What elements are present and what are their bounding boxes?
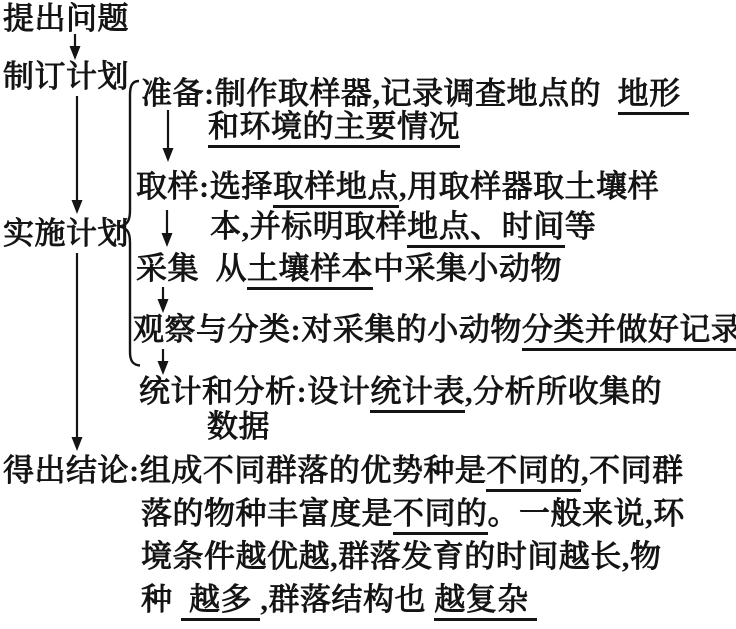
step-prepare-line2: 和环境的主要情况 bbox=[208, 110, 460, 144]
down-arrow-icon bbox=[70, 34, 81, 60]
text-segment: 中采集小动物 bbox=[373, 251, 562, 286]
underlined-blank-text: 和环境的主要情况 bbox=[208, 109, 460, 148]
text-segment: ,用取样器取土壤样 bbox=[399, 169, 659, 204]
text-segment: 等 bbox=[565, 209, 597, 244]
underlined-blank-text: 取样地点 bbox=[273, 169, 399, 208]
down-arrow-icon bbox=[72, 253, 83, 451]
flow-node-make-plan: 制订计划 bbox=[3, 60, 129, 94]
text-segment: ,群落结构也 bbox=[260, 582, 434, 617]
conclusion-line2: 落的物种丰富度是不同的。一般来说,环 bbox=[141, 497, 685, 531]
text-segment: 取样:选择 bbox=[136, 169, 273, 204]
underlined-blank-text: 越复杂 bbox=[434, 582, 537, 621]
text-segment: 准备:制作取样器,记录调查地点的 bbox=[141, 76, 618, 111]
text-segment: 种 bbox=[141, 582, 181, 617]
conclusion-line3: 境条件越优越,群落发育的时间越长,物 bbox=[141, 540, 662, 574]
down-arrow-icon bbox=[158, 287, 169, 313]
step-sampling-line2: 本,并标明取样地点、时间等 bbox=[210, 210, 596, 244]
down-arrow-icon bbox=[72, 96, 83, 214]
text-segment: 。一般来说,环 bbox=[488, 496, 685, 531]
down-arrow-icon bbox=[158, 349, 169, 375]
step-prepare-line1: 准备:制作取样器,记录调查地点的 地形 bbox=[141, 77, 689, 111]
conclusion-line1: 得出结论:组成不同群落的优势种是不同的,不同群 bbox=[3, 454, 684, 488]
text-segment: ,分析所收集的 bbox=[465, 374, 662, 409]
underlined-blank-text: 地点、时间 bbox=[407, 209, 565, 248]
down-arrow-icon bbox=[163, 110, 174, 162]
down-arrow-icon bbox=[162, 210, 173, 247]
step-statistics-line2: 数据 bbox=[207, 410, 270, 444]
underlined-blank-text: 土壤样本 bbox=[247, 251, 373, 290]
step-collect-line: 采集 从土壤样本中采集小动物 bbox=[136, 252, 562, 286]
conclusion-line4: 种 越多 ,群落结构也 越复杂 bbox=[141, 583, 537, 617]
underlined-blank-text: 统计表 bbox=[370, 374, 465, 413]
text-segment: 采集 从 bbox=[136, 251, 247, 286]
step-observe-classify-line: 观察与分类:对采集的小动物分类并做好记录 bbox=[133, 313, 736, 347]
underlined-blank-text: 不同的 bbox=[486, 453, 581, 492]
flow-node-implement-plan: 实施计划 bbox=[3, 217, 129, 251]
text-segment: 得出结论:组成不同群落的优势种是 bbox=[3, 453, 486, 488]
step-statistics-line1: 统计和分析:设计统计表,分析所收集的 bbox=[139, 375, 662, 409]
underlined-blank-text: 越多 bbox=[181, 582, 261, 621]
step-sampling-line1: 取样:选择取样地点,用取样器取土壤样 bbox=[136, 170, 659, 204]
flowchart-page: { "colors": { "ink": "#141414", "backgro… bbox=[0, 0, 736, 629]
underlined-blank-text: 分类并做好记录 bbox=[522, 312, 736, 351]
text-segment: 境条件越优越,群落发育的时间越长,物 bbox=[141, 539, 662, 574]
underlined-blank-text: 不同的 bbox=[393, 496, 488, 535]
flow-node-raise-question: 提出问题 bbox=[3, 2, 129, 36]
text-segment: ,不同群 bbox=[581, 453, 684, 488]
underlined-blank-text: 地形 bbox=[618, 76, 689, 115]
text-segment: 统计和分析:设计 bbox=[139, 374, 370, 409]
text-segment: 观察与分类:对采集的小动物 bbox=[133, 312, 522, 347]
text-segment: 本,并标明取样 bbox=[210, 209, 407, 244]
text-segment: 落的物种丰富度是 bbox=[141, 496, 393, 531]
text-segment: 数据 bbox=[207, 409, 270, 444]
